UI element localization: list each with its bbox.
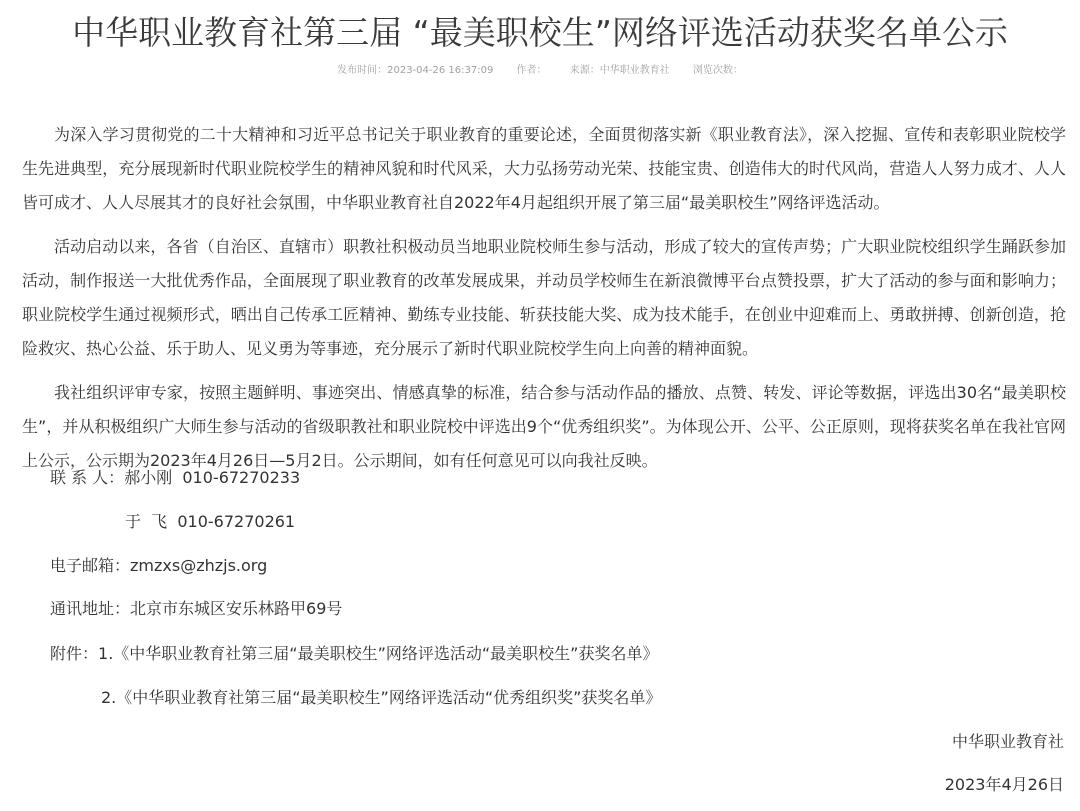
signature-date: 2023年4月26日 xyxy=(945,774,1064,796)
paragraph-intro: 为深入学习贯彻党的二十大精神和习近平总书记关于职业教育的重要论述，全面贯彻落实新… xyxy=(22,118,1066,220)
signature-organization: 中华职业教育社 xyxy=(952,731,1064,753)
contact-phone: 010-67270261 xyxy=(177,512,295,531)
contact-email: 电子邮箱：zmzxs@zhzjs.org xyxy=(50,555,267,577)
paragraph-activity: 活动启动以来，各省（自治区、直辖市）职教社积极动员当地职业院校师生参与活动，形成… xyxy=(22,230,1066,366)
author: 作者： xyxy=(517,65,547,76)
attachment-1: 附件：1.《中华职业教育社第三届“最美职校生”网络评选活动“最美职校生”获奖名单… xyxy=(50,643,658,665)
contact-address: 通讯地址：北京市东城区安乐林路甲69号 xyxy=(50,598,342,620)
contact-person-1: 联 系 人：郝小刚 010-67270233 xyxy=(50,467,300,489)
article-meta: 发布时间：2023-04-26 16:37:09 作者： 来源：中华职业教育社 … xyxy=(0,64,1080,78)
attachment-link-2[interactable]: 2.《中华职业教育社第三届“最美职校生”网络评选活动“优秀组织奖”获奖名单》 xyxy=(101,688,661,707)
source: 来源：中华职业教育社 xyxy=(570,65,670,76)
article-body: 为深入学习贯彻党的二十大精神和习近平总书记关于职业教育的重要论述，全面贯彻落实新… xyxy=(22,118,1066,488)
email-label: 电子邮箱： xyxy=(50,556,130,575)
publish-time: 发布时间：2023-04-26 16:37:09 xyxy=(337,65,493,76)
address-value: 北京市东城区安乐林路甲69号 xyxy=(130,599,342,618)
attachment-link-1[interactable]: 1.《中华职业教育社第三届“最美职校生”网络评选活动“最美职校生”获奖名单》 xyxy=(98,644,658,663)
contact-person-2: 于 飞 010-67270261 xyxy=(125,511,295,533)
page-title: 中华职业教育社第三届 “最美职校生”网络评选活动获奖名单公示 xyxy=(0,10,1080,56)
contact-phone: 010-67270233 xyxy=(182,468,300,487)
paragraph-selection: 我社组织评审专家，按照主题鲜明、事迹突出、情感真挚的标准，结合参与活动作品的播放… xyxy=(22,376,1066,478)
address-label: 通讯地址： xyxy=(50,599,130,618)
contact-name: 于 飞 xyxy=(125,512,167,531)
attachment-2: 2.《中华职业教育社第三届“最美职校生”网络评选活动“优秀组织奖”获奖名单》 xyxy=(101,687,661,709)
email-link[interactable]: zmzxs@zhzjs.org xyxy=(130,556,267,575)
contact-name: 郝小刚 xyxy=(124,468,172,487)
attachments-label: 附件： xyxy=(50,644,98,663)
contact-label: 联 系 人： xyxy=(50,468,124,487)
view-count: 浏览次数： xyxy=(693,65,743,76)
